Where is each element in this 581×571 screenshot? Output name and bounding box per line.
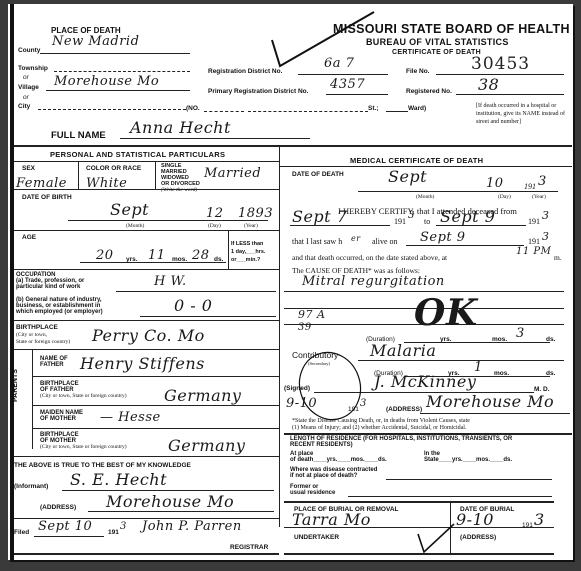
age-months: 11: [148, 248, 166, 263]
or-label: or: [23, 74, 29, 81]
dod-month: Sept: [388, 167, 427, 186]
primary-district-line: [326, 94, 388, 95]
in-the-state: In the State____yrs.____mos.____ds.: [424, 451, 512, 463]
age-days: 28: [192, 248, 210, 263]
occupation-b-value: 0 - 0: [174, 296, 212, 315]
full-name-label: FULL NAME: [51, 130, 106, 141]
personal-heading: PERSONAL AND STATISTICAL PARTICULARS: [50, 150, 225, 159]
divider: [32, 428, 279, 429]
cause-value: Mitral regurgitation: [302, 274, 445, 289]
father-birthplace-value: Germany: [164, 386, 241, 405]
registrar-signature: John P. Parren: [142, 519, 242, 534]
true-statement: THE ABOVE IS TRUE TO THE BEST OF MY KNOW…: [14, 462, 191, 469]
occupation-a-value: H W.: [154, 274, 187, 289]
city-label: City: [18, 103, 30, 110]
divider: [32, 376, 279, 377]
dod-year: 3: [538, 174, 547, 189]
parents-divider: [32, 349, 33, 449]
divider: [14, 230, 279, 231]
filed-line: [34, 536, 104, 537]
dod-year-prefix: 191: [524, 182, 536, 191]
divider: [228, 230, 229, 269]
registrar-label: REGISTRAR: [230, 544, 268, 551]
last-saw-date: Sept 9: [420, 230, 466, 245]
informant-label: (Informant): [14, 483, 48, 490]
village-value: Morehouse Mo: [54, 74, 159, 89]
undertaker-address-label: (ADDRESS): [460, 534, 496, 541]
sex-label: SEX: [22, 165, 35, 172]
filed-date: Sept 10: [38, 519, 92, 534]
dob-year: 1893: [238, 206, 273, 221]
file-no-line: [436, 74, 564, 75]
dod-line: [358, 191, 558, 192]
certificate-title: CERTIFICATE OF DEATH: [392, 49, 481, 56]
primary-district-label: Primary Registration District No.: [208, 88, 308, 95]
address-line: [420, 413, 570, 414]
year-prefix: 191: [528, 217, 540, 226]
footnote-1: *State the Disease Causing Death, or, in…: [292, 418, 470, 424]
filed-year: 3: [120, 521, 127, 532]
occupation-label: OCCUPATION (a) Trade, profession, or par…: [16, 272, 84, 290]
death-time: 11 PM: [516, 246, 551, 257]
village-line: [46, 90, 190, 91]
race-label: COLOR OR RACE: [86, 165, 141, 172]
divider: [284, 433, 572, 435]
divider: [32, 405, 279, 406]
township-line: [54, 71, 190, 72]
township-label: Township: [18, 65, 48, 72]
hospital-note: [If death occurred in a hospital or inst…: [476, 102, 568, 126]
city-line: [38, 109, 186, 110]
attended-from-year: 3: [408, 210, 415, 221]
dob-label: DATE OF BIRTH: [22, 194, 72, 201]
former-residence-line: [348, 496, 552, 497]
dob-month: Sept: [110, 200, 149, 219]
signature-flourish-icon: [286, 344, 366, 424]
registration-district-line: [298, 74, 388, 75]
contributory-value: Malaria: [370, 341, 436, 360]
at-place-of-death: At place of death____yrs.____mos.____ds.: [290, 451, 387, 463]
street-line: [248, 111, 368, 112]
full-name-line: [120, 138, 310, 139]
former-residence: Former or usual residence: [290, 484, 335, 496]
father-name-value: Henry Stiffens: [80, 354, 205, 373]
year-caption: (Year): [244, 223, 258, 229]
last-saw-pronoun: er: [351, 234, 361, 243]
parents-label: PARENTS: [12, 369, 19, 402]
contracted-line: [386, 479, 552, 480]
occupation-a-line: [116, 291, 276, 292]
day-caption: (Day): [208, 223, 221, 229]
year-prefix: 191: [394, 217, 406, 226]
registered-no-value: 38: [478, 75, 499, 94]
divider: [284, 553, 554, 555]
death-certificate-page: MISSOURI STATE BOARD OF HEALTH BUREAU OF…: [8, 4, 573, 560]
cause-code: 97 A: [298, 308, 325, 321]
birthplace-label: BIRTHPLACE: [16, 324, 58, 331]
age-label: AGE: [22, 234, 36, 241]
birthplace-sublabel: (City or town, State or foreign country): [16, 332, 70, 346]
file-no-value: 30453: [471, 54, 530, 74]
file-no-label: File No.: [406, 68, 429, 75]
last-saw-line: [406, 245, 524, 246]
cause-code-2: 39: [298, 322, 312, 333]
column-divider: [279, 147, 280, 527]
address-label: (ADDRESS): [40, 504, 76, 511]
age-line: [80, 262, 226, 263]
dod-label: DATE OF DEATH: [292, 171, 344, 178]
death-occurred-text: and that death occurred, on the date sta…: [292, 253, 447, 262]
last-saw-text: that I last saw h: [292, 237, 342, 246]
ward-label: Ward): [408, 105, 426, 112]
registered-no-label: Registered No.: [406, 88, 452, 95]
divider: [78, 161, 79, 189]
divider: [14, 320, 279, 321]
county-value: New Madrid: [52, 34, 139, 49]
footnote-2: (1) Means of Injury; and (2) whether Acc…: [292, 425, 466, 431]
physician-signature: J. McKinney: [374, 372, 476, 391]
occupation-b-line: [140, 316, 276, 317]
to-label: to: [424, 217, 430, 226]
county-line: [40, 53, 190, 54]
month-caption: (Month): [126, 223, 144, 229]
year-prefix: 191: [528, 237, 540, 246]
mother-birthplace-label: BIRTHPLACE OF MOTHER (City or town, Stat…: [40, 432, 127, 450]
registered-no-line: [456, 94, 564, 95]
full-name-value: Anna Hecht: [130, 118, 231, 137]
occupation-b-label: (b) General nature of industry, business…: [16, 297, 103, 315]
ok-mark: OK: [414, 292, 478, 334]
father-birthplace-label: BIRTHPLACE OF FATHER (City or town, Stat…: [40, 381, 127, 399]
contributory-line: [358, 360, 564, 361]
divider: [14, 456, 279, 457]
mother-birthplace-value: Germany: [168, 436, 245, 455]
m-label: m.: [554, 253, 562, 262]
left-border: [10, 4, 14, 560]
divider: [284, 501, 554, 503]
mother-name-label: MAIDEN NAME OF MOTHER: [40, 410, 83, 422]
attended-to-year: 3: [542, 209, 550, 222]
less-than-day: If LESS than 1 day,___hrs. or___min.?: [231, 240, 265, 264]
or-label: or: [23, 94, 29, 101]
day-caption: (Day): [498, 194, 511, 200]
attended-to: Sept 9: [440, 207, 495, 226]
divider: [14, 161, 279, 162]
medical-heading: MEDICAL CERTIFICATE OF DEATH: [350, 156, 483, 165]
divider: [155, 161, 156, 189]
duration-months: 3: [516, 326, 525, 341]
village-label: Village: [18, 84, 39, 91]
street-no-line: [204, 111, 244, 112]
month-caption: (Month): [416, 194, 434, 200]
alive-on-text: alive on: [372, 237, 398, 246]
residence-heading: LENGTH OF RESIDENCE (FOR HOSPITALS, INST…: [290, 436, 512, 448]
ward-line: [386, 111, 408, 112]
divider: [14, 349, 279, 350]
age-years: 20: [96, 248, 114, 263]
divider: [14, 553, 279, 555]
informant-value: S. E. Hecht: [70, 470, 167, 489]
disease-contracted: Where was disease contracted if not at p…: [290, 467, 377, 479]
father-name-label: NAME OF FATHER: [40, 356, 68, 368]
physician-address: Morehouse Mo: [426, 392, 554, 411]
divider: [14, 189, 279, 190]
street-label: St.;: [368, 105, 378, 112]
address-label: (ADDRESS): [386, 406, 422, 413]
informant-address-line: [88, 511, 274, 512]
undertaker-label: UNDERTAKER: [294, 534, 339, 541]
street-no-label: (NO.: [186, 105, 200, 112]
dob-day: 12: [206, 206, 224, 221]
dod-day: 10: [486, 176, 504, 191]
informant-line: [62, 490, 274, 491]
filed-label: Filed: [14, 529, 29, 536]
mother-name-value: — Hesse: [100, 410, 161, 425]
birthplace-value: Perry Co. Mo: [92, 326, 205, 345]
checkmark-icon: [416, 522, 456, 554]
county-label: County: [18, 47, 40, 54]
primary-district-value: 4357: [330, 77, 365, 92]
divider: [14, 269, 279, 270]
year-caption: (Year): [532, 194, 546, 200]
bureau-title: BUREAU OF VITAL STATISTICS: [366, 37, 509, 47]
filed-year-prefix: 191: [108, 529, 119, 536]
last-saw-year: 3: [542, 230, 550, 243]
marital-status-value: Married: [204, 166, 261, 181]
informant-address-value: Morehouse Mo: [106, 492, 234, 511]
divider: [14, 145, 572, 147]
attended-from: Sept 7: [292, 207, 347, 226]
checkmark-icon: [270, 10, 380, 72]
